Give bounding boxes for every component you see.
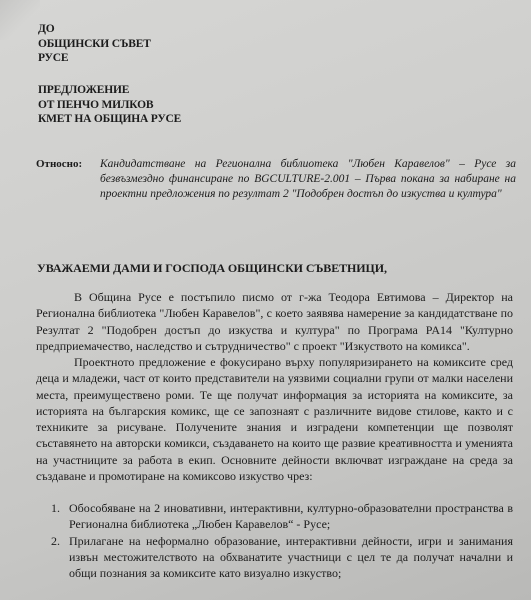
proposal-header: ПРЕДЛОЖЕНИЕ ОТ ПЕНЧО МИЛКОВ КМЕТ НА ОБЩИ…	[38, 83, 181, 127]
addressee-line-1: ДО	[38, 22, 151, 37]
addressee-line-2: ОБЩИНСКИ СЪВЕТ	[38, 37, 151, 52]
document-page: ДО ОБЩИНСКИ СЪВЕТ РУСЕ ПРЕДЛОЖЕНИЕ ОТ ПЕ…	[0, 0, 531, 600]
addressee-block: ДО ОБЩИНСКИ СЪВЕТ РУСЕ	[38, 22, 151, 66]
list-item-number: 2.	[51, 533, 60, 549]
list-item: 2. Прилагане на неформално образование, …	[36, 533, 513, 582]
subject-text: Кандидатстване на Регионална библиотека …	[100, 157, 516, 202]
paragraph-2: Проектното предложение е фокусирано върх…	[36, 354, 513, 484]
list-item-number: 1.	[51, 500, 60, 516]
list-item-text: Прилагане на неформално образование, инт…	[69, 534, 513, 581]
proposal-title: ПРЕДЛОЖЕНИЕ	[38, 83, 181, 98]
activities-list: 1. Обособяване на 2 иновативни, интеракт…	[36, 500, 513, 581]
proposal-author-position: КМЕТ НА ОБЩИНА РУСЕ	[38, 112, 181, 127]
subject-block: Относно: Кандидатстване на Регионална би…	[36, 157, 516, 202]
scan-shadow	[0, 0, 40, 40]
paragraph-1: В Община Русе е постъпило писмо от г-жа …	[36, 289, 513, 354]
addressee-line-3: РУСЕ	[38, 51, 151, 66]
list-item-text: Обособяване на 2 иновативни, интерактивн…	[69, 501, 513, 531]
proposal-author: ОТ ПЕНЧО МИЛКОВ	[38, 98, 181, 113]
subject-label: Относно:	[36, 157, 82, 172]
greeting: УВАЖАЕМИ ДАМИ И ГОСПОДА ОБЩИНСКИ СЪВЕТНИ…	[37, 261, 387, 276]
list-item: 1. Обособяване на 2 иновативни, интеракт…	[36, 500, 513, 533]
